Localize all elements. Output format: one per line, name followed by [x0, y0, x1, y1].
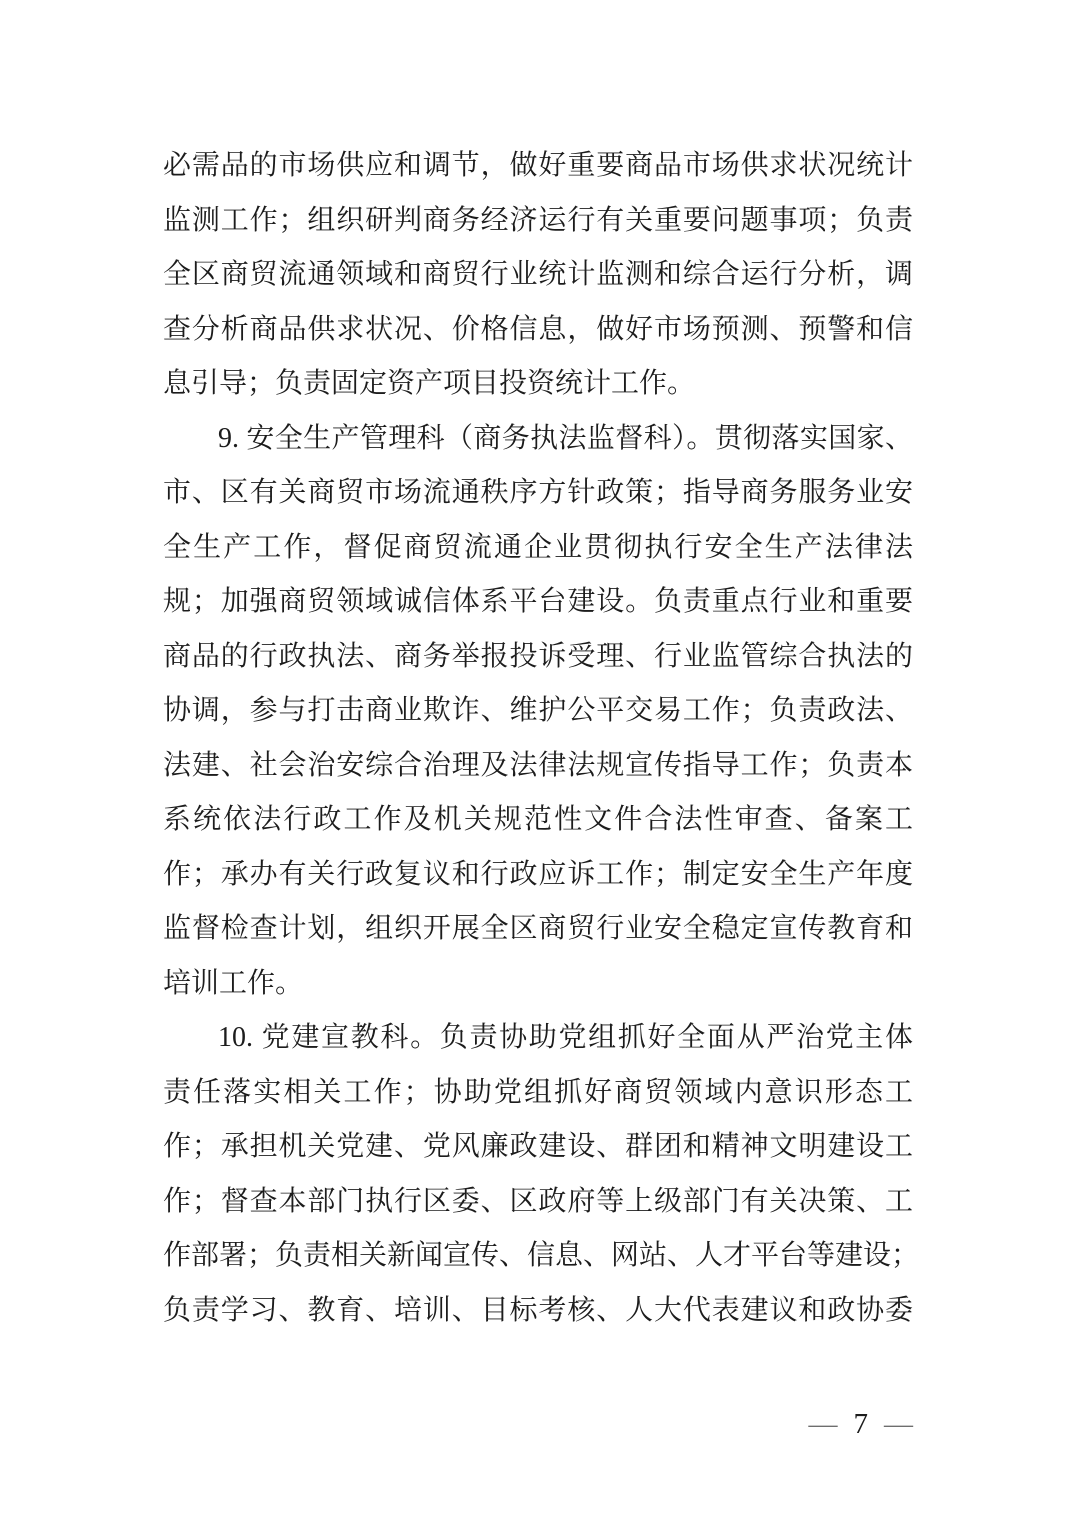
- text-line: 监测工作；组织研判商务经济运行有关重要问题事项；负责: [163, 194, 913, 249]
- text-line: 规；加强商贸领域诚信体系平台建设。负责重点行业和重要: [163, 575, 913, 630]
- text-line: 9. 安全生产管理科（商务执法监督科）。贯彻落实国家、: [163, 412, 913, 467]
- text-line: 全生产工作，督促商贸流通企业贯彻执行安全生产法律法: [163, 521, 913, 576]
- text-line: 责任落实相关工作；协助党组抓好商贸领域内意识形态工: [163, 1066, 913, 1121]
- page-number: 7: [854, 1408, 869, 1440]
- text-line: 作部署；负责相关新闻宣传、信息、网站、人才平台等建设；: [163, 1229, 913, 1284]
- text-line: 法建、社会治安综合治理及法律法规宣传指导工作；负责本: [163, 739, 913, 794]
- text-line: 监督检查计划，组织开展全区商贸行业安全稳定宣传教育和: [163, 902, 913, 957]
- document-page: 必需品的市场供应和调节，做好重要商品市场供求状况统计监测工作；组织研判商务经济运…: [0, 0, 1075, 1520]
- text-line: 作；承担机关党建、党风廉政建设、群团和精神文明建设工: [163, 1120, 913, 1175]
- footer-dash-left: —: [809, 1408, 838, 1440]
- text-line: 商品的行政执法、商务举报投诉受理、行业监管综合执法的: [163, 630, 913, 685]
- text-line: 全区商贸流通领域和商贸行业统计监测和综合运行分析，调: [163, 248, 913, 303]
- text-line: 培训工作。: [163, 957, 913, 1012]
- text-line: 息引导；负责固定资产项目投资统计工作。: [163, 357, 913, 412]
- text-line: 协调，参与打击商业欺诈、维护公平交易工作；负责政法、: [163, 684, 913, 739]
- text-line: 必需品的市场供应和调节，做好重要商品市场供求状况统计: [163, 139, 913, 194]
- text-line: 查分析商品供求状况、价格信息，做好市场预测、预警和信: [163, 303, 913, 358]
- page-footer: —7—: [809, 1407, 914, 1441]
- text-line: 10. 党建宣教科。负责协助党组抓好全面从严治党主体: [163, 1011, 913, 1066]
- document-body: 必需品的市场供应和调节，做好重要商品市场供求状况统计监测工作；组织研判商务经济运…: [163, 139, 913, 1338]
- text-line: 系统依法行政工作及机关规范性文件合法性审查、备案工: [163, 793, 913, 848]
- text-line: 作；督查本部门执行区委、区政府等上级部门有关决策、工: [163, 1175, 913, 1230]
- text-line: 作；承办有关行政复议和行政应诉工作；制定安全生产年度: [163, 848, 913, 903]
- text-line: 负责学习、教育、培训、目标考核、人大代表建议和政协委: [163, 1284, 913, 1339]
- text-line: 市、区有关商贸市场流通秩序方针政策；指导商务服务业安: [163, 466, 913, 521]
- footer-dash-right: —: [884, 1408, 913, 1440]
